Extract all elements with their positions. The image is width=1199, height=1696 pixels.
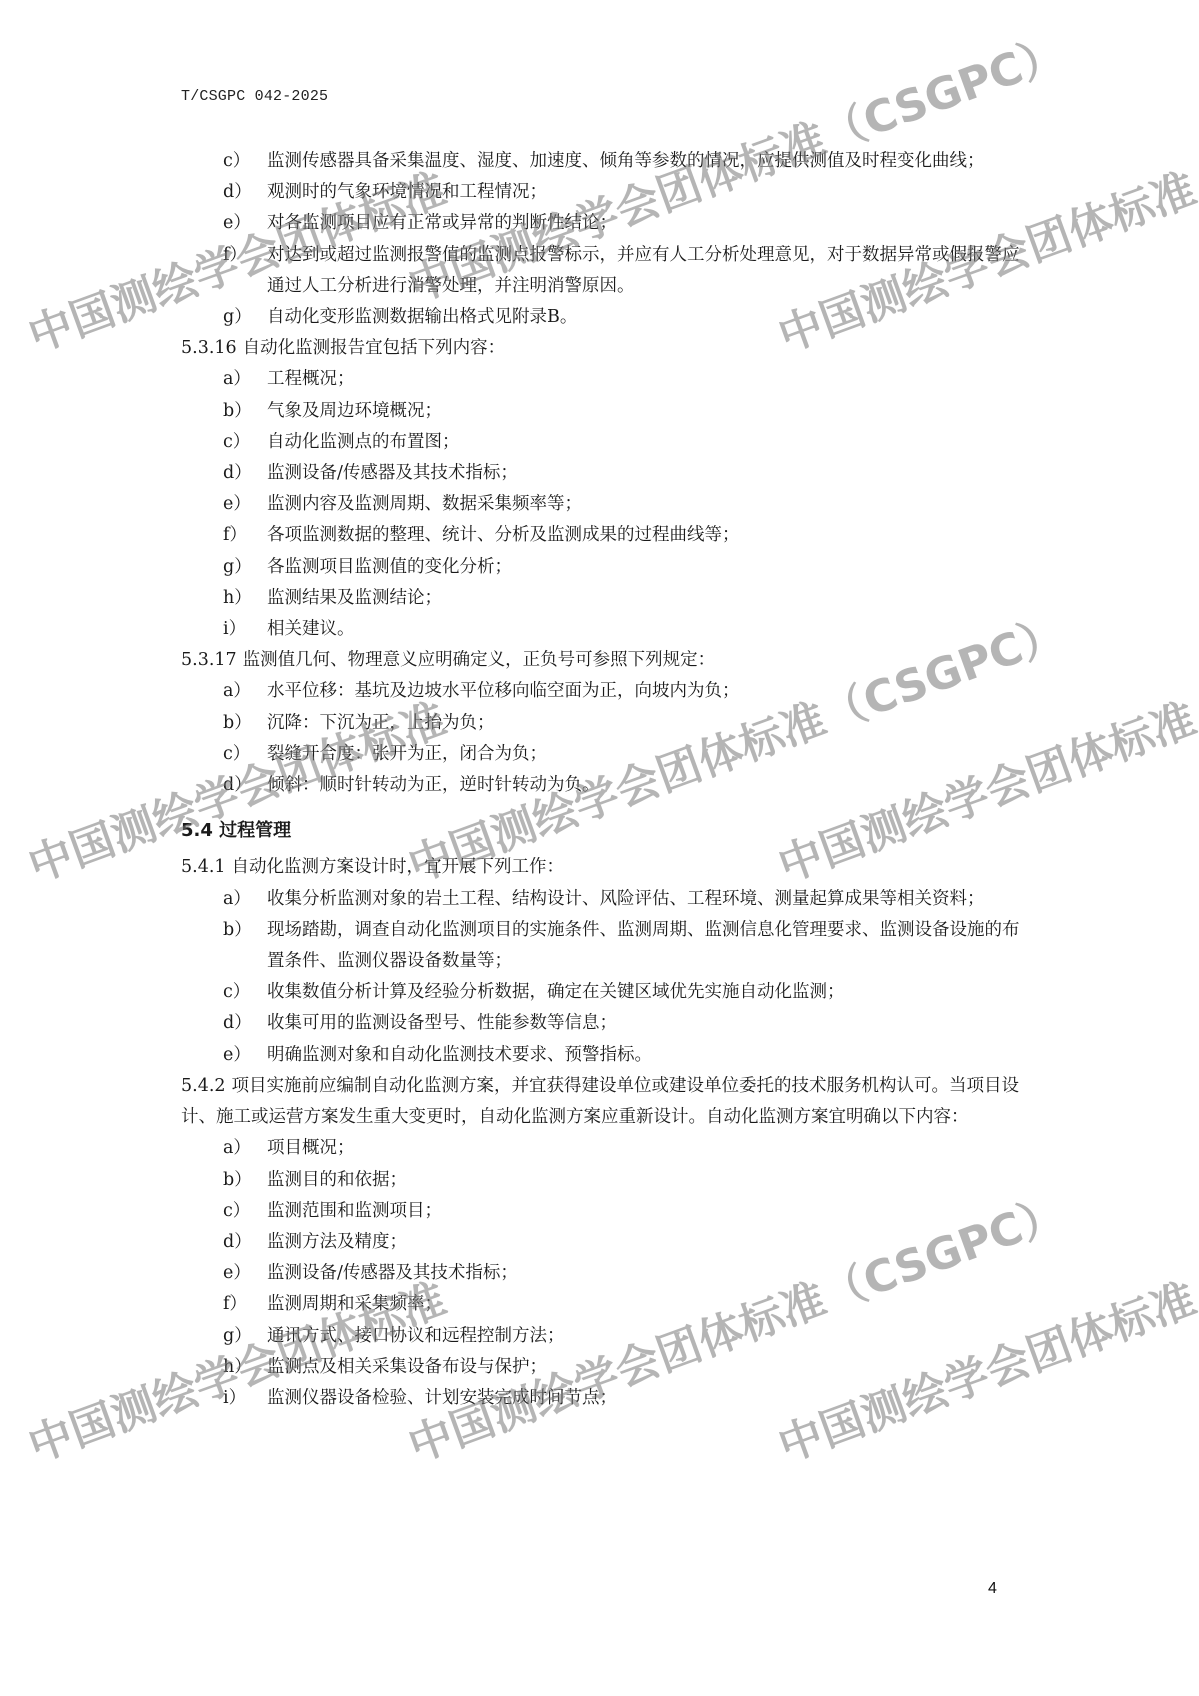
document-code: T/CSGPC 042-2025 [181,88,328,105]
list-item: h）监测结果及监测结论； [181,583,1021,614]
clause-number: 5.4.1 [181,857,226,877]
list-item: h）监测点及相关采集设备布设与保护； [181,1352,1021,1383]
clause-5-4-1: 5.4.1自动化监测方案设计时，宜开展下列工作： [181,852,1021,883]
list-item: i）监测仪器设备检验、计划安装完成时间节点； [181,1383,1021,1414]
list-item: d）观测时的气象环境情况和工程情况； [181,177,1021,208]
list-item: b）沉降：下沉为正，上抬为负； [181,708,1021,739]
list-item: c）自动化监测点的布置图； [181,427,1021,458]
list-item: i）相关建议。 [181,614,1021,645]
list-item: g）通讯方式、接口协议和远程控制方法； [181,1321,1021,1352]
list-item: a）工程概况； [181,364,1021,395]
section-title: 过程管理 [219,820,291,841]
list-item: g）各监测项目监测值的变化分析； [181,552,1021,583]
list-item: c）裂缝开合度：张开为正，闭合为负； [181,739,1021,770]
section-heading: 5.4 过程管理 [181,815,1021,846]
list-item: c）监测范围和监测项目； [181,1196,1021,1227]
list-continuation: c）监测传感器具备采集温度、湿度、加速度、倾角等参数的情况，应提供测值及时程变化… [181,146,1021,333]
list-item: f）对达到或超过监测报警值的监测点报警标示，并应有人工分析处理意见，对于数据异常… [181,240,1021,302]
list-item: g）自动化变形监测数据输出格式见附录B。 [181,302,1021,333]
list-item: b）气象及周边环境概况； [181,396,1021,427]
list-item: c）收集数值分析计算及经验分析数据，确定在关键区域优先实施自动化监测； [181,977,1021,1008]
page-number: 4 [988,1580,997,1598]
clause-text: 监测值几何、物理意义应明确定义，正负号可参照下列规定： [243,650,716,670]
list-item: b）现场踏勘，调查自动化监测项目的实施条件、监测周期、监测信息化管理要求、监测设… [181,915,1021,977]
document-page: T/CSGPC 042-2025 c）监测传感器具备采集温度、湿度、加速度、倾角… [0,0,1199,1696]
section-number: 5.4 [181,820,213,841]
list-item: a）收集分析监测对象的岩土工程、结构设计、风险评估、工程环境、测量起算成果等相关… [181,884,1021,915]
list-item: f）监测周期和采集频率； [181,1289,1021,1320]
clause-5-3-17: 5.3.17监测值几何、物理意义应明确定义，正负号可参照下列规定： [181,645,1021,676]
list-item: d）收集可用的监测设备型号、性能参数等信息； [181,1008,1021,1039]
document-body: c）监测传感器具备采集温度、湿度、加速度、倾角等参数的情况，应提供测值及时程变化… [181,146,1021,1414]
clause-number: 5.3.16 [181,338,237,358]
list-item: b）监测目的和依据； [181,1165,1021,1196]
list-item: e）监测内容及监测周期、数据采集频率等； [181,489,1021,520]
list-item: e）明确监测对象和自动化监测技术要求、预警指标。 [181,1040,1021,1071]
list-item: a）项目概况； [181,1133,1021,1164]
clause-5-3-16: 5.3.16自动化监测报告宜包括下列内容： [181,333,1021,364]
clause-text: 自动化监测报告宜包括下列内容： [243,338,506,358]
list-item: f）各项监测数据的整理、统计、分析及监测成果的过程曲线等； [181,520,1021,551]
clause-number: 5.4.2 [181,1076,226,1096]
list-item: c）监测传感器具备采集温度、湿度、加速度、倾角等参数的情况，应提供测值及时程变化… [181,146,1021,177]
clause-text: 自动化监测方案设计时，宜开展下列工作： [232,857,565,877]
list-item: d）倾斜：顺时针转动为正，逆时针转动为负。 [181,770,1021,801]
list-item: e）对各监测项目应有正常或异常的判断性结论； [181,208,1021,239]
list-item: a）水平位移：基坑及边坡水平位移向临空面为正，向坡内为负； [181,676,1021,707]
list-item: d）监测设备/传感器及其技术指标； [181,458,1021,489]
clause-text: 项目实施前应编制自动化监测方案，并宜获得建设单位或建设单位委托的技术服务机构认可… [181,1076,1019,1127]
list-item: d）监测方法及精度； [181,1227,1021,1258]
list-item: e）监测设备/传感器及其技术指标； [181,1258,1021,1289]
clause-5-4-2: 5.4.2项目实施前应编制自动化监测方案，并宜获得建设单位或建设单位委托的技术服… [181,1071,1021,1133]
clause-number: 5.3.17 [181,650,237,670]
